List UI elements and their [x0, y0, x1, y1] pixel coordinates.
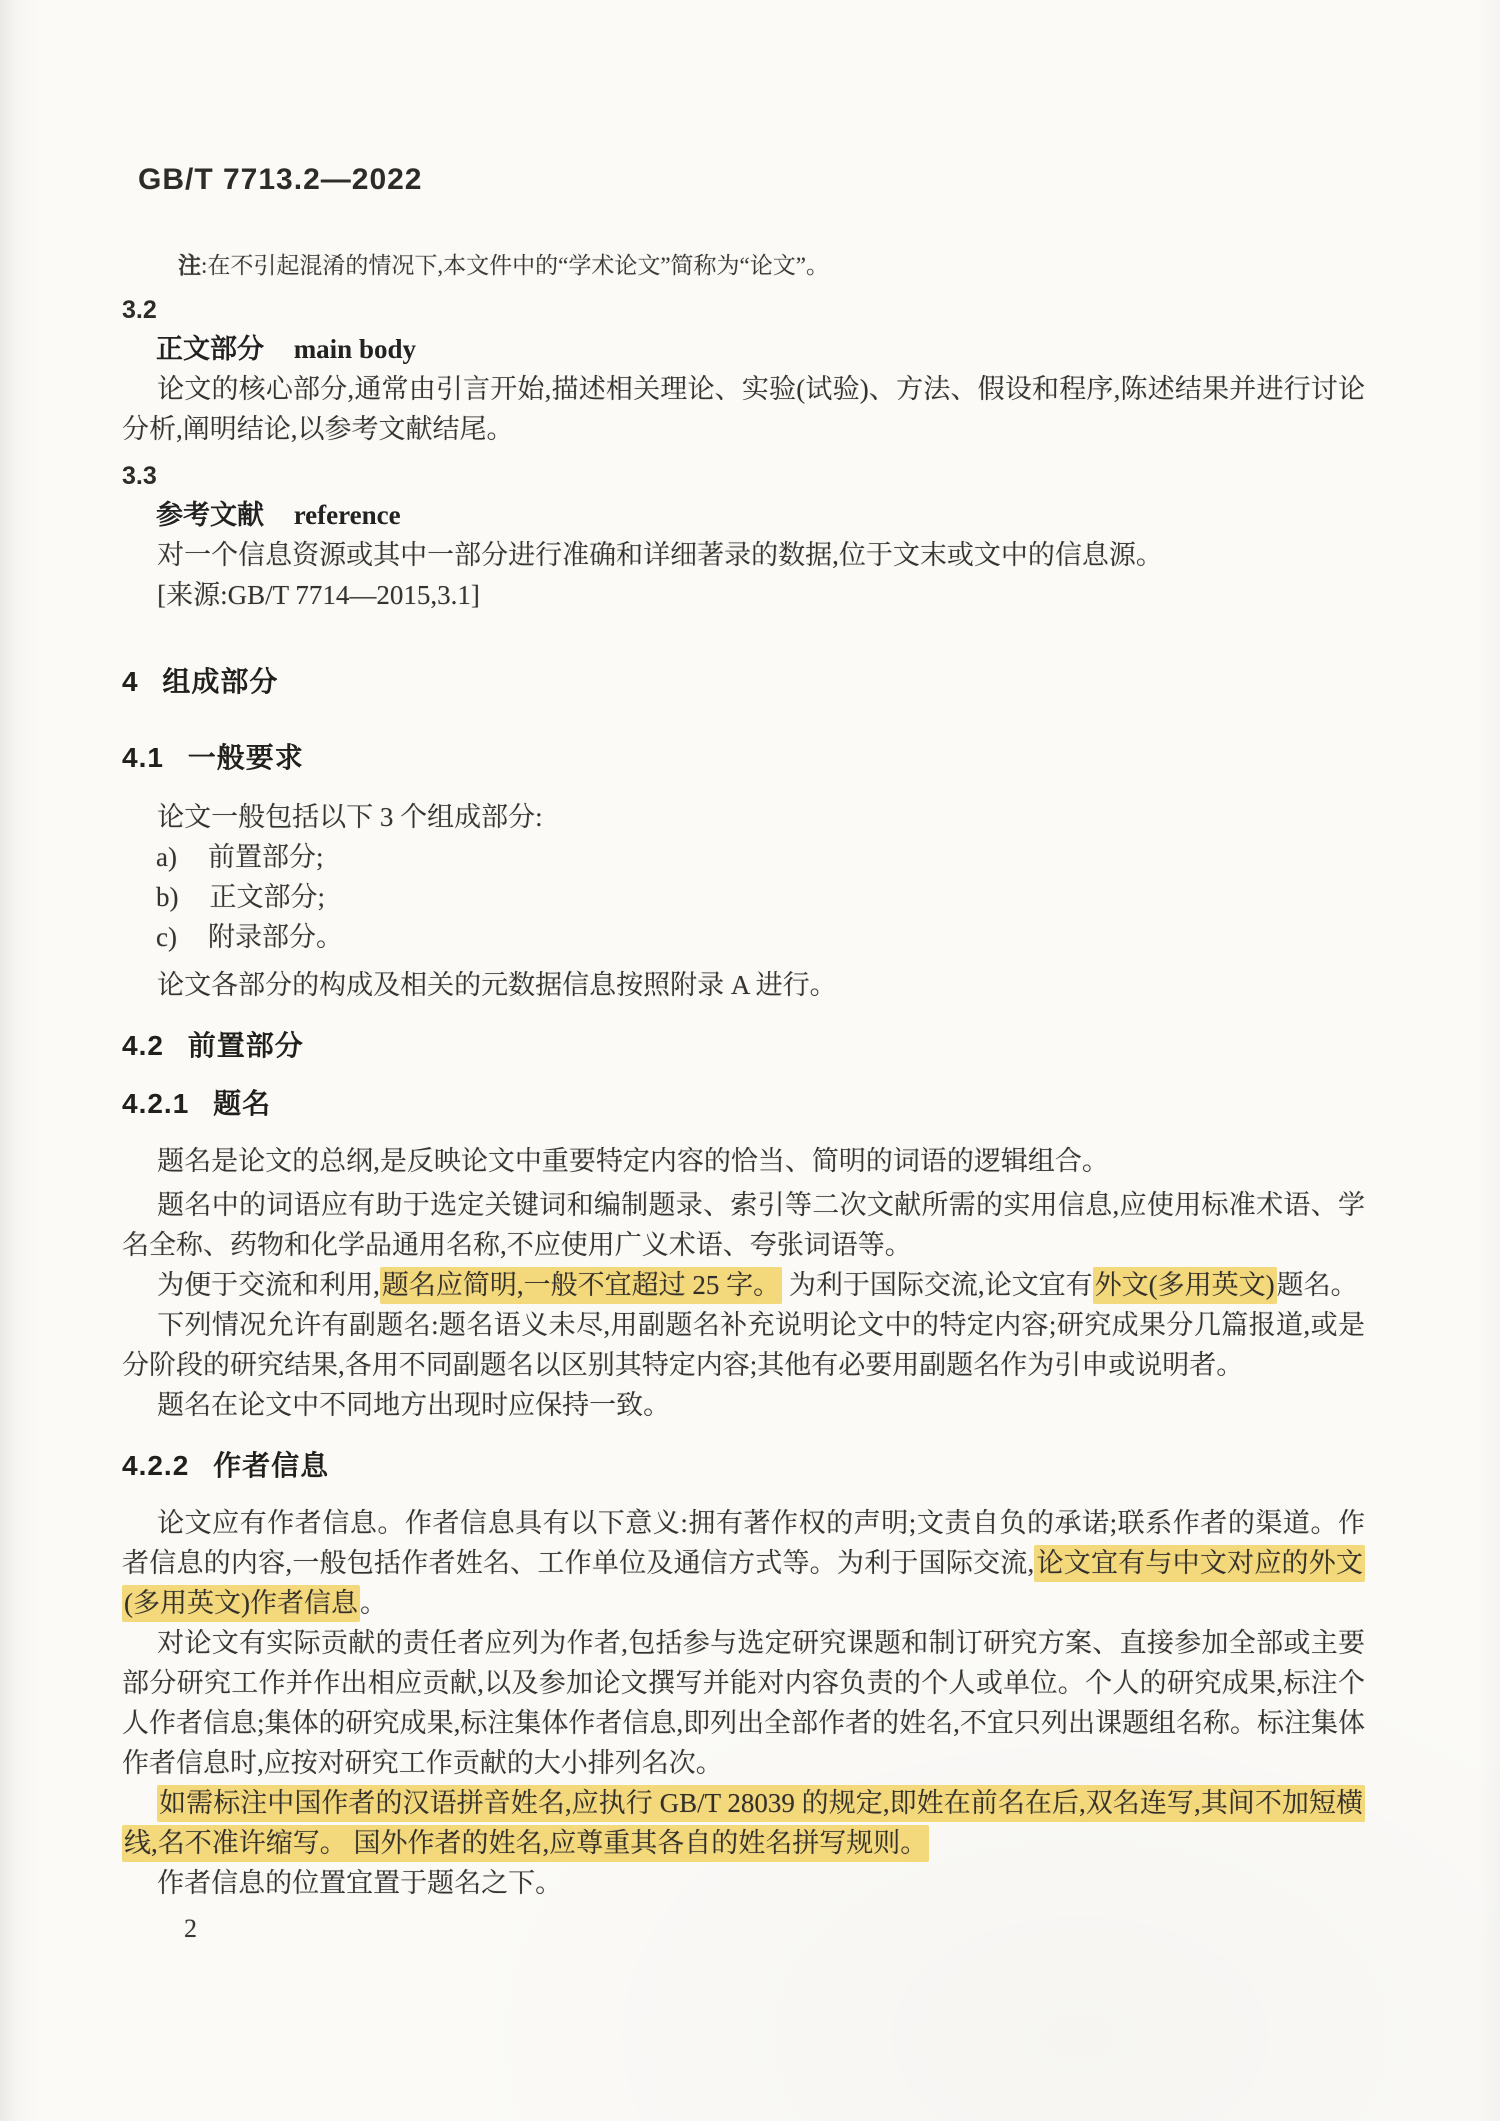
- paragraph: 下列情况允许有副题名:题名语义未尽,用副题名补充说明论文中的特定内容;研究成果分…: [122, 1305, 1365, 1385]
- term-source-3-3: [来源:GB/T 7714—2015,3.1]: [122, 575, 1365, 615]
- section-number: 4.1: [122, 742, 164, 773]
- text-run: 题名。: [1277, 1270, 1358, 1300]
- section-heading-4: 4组成部分: [122, 661, 1365, 703]
- section-title: 题名: [213, 1088, 271, 1119]
- text-run: 为利于国际交流,论文宜有: [782, 1270, 1093, 1300]
- clause-number-3-2: 3.2: [122, 291, 1365, 329]
- section-title: 一般要求: [188, 742, 304, 773]
- paragraph: 论文一般包括以下 3 个组成部分:: [122, 797, 1365, 837]
- section-title: 作者信息: [213, 1450, 329, 1481]
- list-item-text: 前置部分;: [208, 842, 324, 872]
- paragraph: 对论文有实际贡献的责任者应列为作者,包括参与选定研究课题和制订研究方案、直接参加…: [122, 1623, 1365, 1783]
- term-definition-3-3: 对一个信息资源或其中一部分进行准确和详细著录的数据,位于文末或文中的信息源。: [122, 535, 1365, 575]
- term-en: reference: [294, 500, 401, 530]
- term-heading-3-2: 正文部分main body: [122, 329, 1365, 369]
- paragraph: 题名是论文的总纲,是反映论文中重要特定内容的恰当、简明的词语的逻辑组合。: [122, 1141, 1365, 1181]
- list-item-b: b)正文部分;: [122, 877, 1365, 917]
- page-number: 2: [184, 1911, 1365, 1947]
- list-item-text: 附录部分。: [208, 922, 343, 952]
- note-line: 注:在不引起混淆的情况下,本文件中的“学术论文”简称为“论文”。: [122, 248, 1365, 283]
- highlighted-text: 如需标注中国作者的汉语拼音姓名,应执行 GB/T 28039 的规定,即姓在前名…: [122, 1785, 1365, 1862]
- note-text: :在不引起混淆的情况下,本文件中的“学术论文”简称为“论文”。: [201, 253, 829, 278]
- list-item-text: 正文部分;: [210, 882, 326, 912]
- note-label: 注: [178, 252, 201, 278]
- section-number: 4.2.1: [122, 1088, 189, 1119]
- list-item-a: a)前置部分;: [122, 837, 1365, 877]
- paragraph-with-highlights: 为便于交流和利用,题名应简明,一般不宜超过 25 字。 为利于国际交流,论文宜有…: [122, 1265, 1365, 1305]
- highlighted-text: 外文(多用英文): [1093, 1267, 1277, 1304]
- list-item-label: b): [156, 882, 179, 912]
- section-title: 组成部分: [162, 666, 278, 697]
- list-item-label: c): [156, 922, 177, 952]
- paragraph-with-highlights: 如需标注中国作者的汉语拼音姓名,应执行 GB/T 28039 的规定,即姓在前名…: [122, 1783, 1365, 1863]
- highlighted-text: 题名应简明,一般不宜超过 25 字。: [380, 1267, 782, 1304]
- list-item-label: a): [156, 842, 177, 872]
- paragraph-with-highlights: 论文应有作者信息。作者信息具有以下意义:拥有著作权的声明;文责自负的承诺;联系作…: [122, 1503, 1365, 1623]
- section-heading-4-1: 4.1一般要求: [122, 737, 1365, 779]
- paragraph: 论文各部分的构成及相关的元数据信息按照附录 A 进行。: [122, 965, 1365, 1005]
- term-definition-3-2: 论文的核心部分,通常由引言开始,描述相关理论、实验(试验)、方法、假设和程序,陈…: [122, 369, 1365, 449]
- section-title: 前置部分: [188, 1030, 304, 1061]
- term-zh: 正文部分: [156, 334, 264, 364]
- term-heading-3-3: 参考文献reference: [122, 495, 1365, 535]
- page-content: GB/T 7713.2—2022 注:在不引起混淆的情况下,本文件中的“学术论文…: [0, 160, 1500, 1947]
- section-number: 4.2.2: [122, 1450, 189, 1481]
- paragraph: 作者信息的位置宜置于题名之下。: [122, 1863, 1365, 1903]
- section-heading-4-2-2: 4.2.2作者信息: [122, 1445, 1365, 1487]
- section-number: 4: [122, 666, 139, 697]
- term-en: main body: [294, 334, 416, 364]
- section-number: 4.2: [122, 1030, 164, 1061]
- list-item-c: c)附录部分。: [122, 917, 1365, 957]
- term-zh: 参考文献: [156, 500, 264, 530]
- paragraph: 题名中的词语应有助于选定关键词和编制题录、索引等二次文献所需的实用信息,应使用标…: [122, 1185, 1365, 1265]
- clause-number-3-3: 3.3: [122, 457, 1365, 495]
- section-heading-4-2-1: 4.2.1题名: [122, 1083, 1365, 1125]
- paragraph: 题名在论文中不同地方出现时应保持一致。: [122, 1385, 1365, 1425]
- standard-code: GB/T 7713.2—2022: [138, 160, 1365, 200]
- document-page: GB/T 7713.2—2022 注:在不引起混淆的情况下,本文件中的“学术论文…: [0, 0, 1500, 2121]
- text-run: 。: [360, 1588, 387, 1618]
- section-heading-4-2: 4.2前置部分: [122, 1025, 1365, 1067]
- text-run: 为便于交流和利用,: [157, 1270, 380, 1300]
